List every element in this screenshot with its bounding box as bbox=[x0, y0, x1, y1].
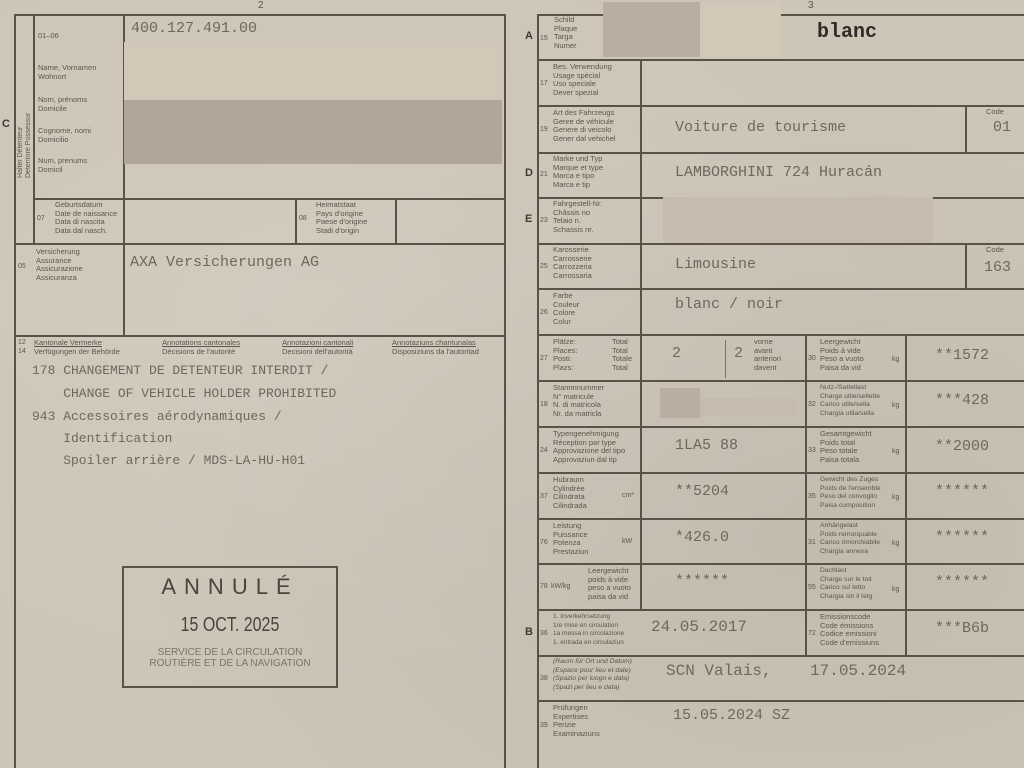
emission-code-label: Emissionscode Code émissions Codice emis… bbox=[820, 613, 879, 647]
divider bbox=[537, 518, 1024, 520]
divider bbox=[537, 288, 1024, 290]
place-date-value: SCN Valais, 17.05.2024 bbox=[666, 662, 906, 680]
annotation-line: 178 CHANGEMENT DE DETENTEUR INTERDIT / bbox=[32, 363, 328, 378]
annotation-number: 14 bbox=[18, 348, 26, 355]
inspections-field-number: 39 bbox=[540, 722, 548, 729]
field-07-number: 07 bbox=[37, 215, 45, 222]
train-weight-label: Gewicht des Zuges Poids de l'ensemble Pe… bbox=[820, 476, 881, 510]
divider bbox=[905, 334, 907, 656]
divider bbox=[537, 243, 1024, 245]
seats-total-value: 2 bbox=[672, 345, 681, 362]
total-weight-label: Gesamtgewicht Poids total Peso totale Pa… bbox=[820, 430, 872, 464]
empty-weight-label: Leergewicht Poids à vide Peso a vuoto Pa… bbox=[820, 338, 864, 372]
page-number-left: 2 bbox=[258, 0, 264, 11]
payload-label: Nutz-/Sattellast Charge utile/sellette C… bbox=[820, 384, 880, 418]
type-approval-label: Typengenehmigung Réception par type Appr… bbox=[553, 430, 625, 464]
seats-front-value: 2 bbox=[734, 345, 743, 362]
holder-label-it: Cognome, nomi Domicilio bbox=[38, 127, 91, 144]
vehicle-type-code: 01 bbox=[993, 119, 1011, 136]
roof-load-value: ****** bbox=[935, 574, 989, 591]
vehicle-type-code-label: Code bbox=[986, 108, 1004, 117]
emission-code-field-number: 72 bbox=[808, 630, 816, 637]
plate-field-number: 15 bbox=[540, 35, 548, 42]
redacted-plate-number bbox=[700, 2, 781, 57]
first-registration-field-number: 36 bbox=[540, 630, 548, 637]
annotation-subheader-rm: Disposiziuns da l'autoritad bbox=[392, 348, 479, 357]
displacement-unit: cm³ bbox=[622, 492, 634, 499]
cancelled-stamp: ANNULÉ 15 OCT. 2025 SERVICE DE LA CIRCUL… bbox=[122, 566, 338, 688]
divider bbox=[14, 335, 506, 337]
holder-vertical-label: Halter Détenteur bbox=[17, 127, 24, 178]
redacted-chassis-number bbox=[663, 197, 933, 243]
plate-label: Schild Plaque Targa Numer bbox=[554, 16, 577, 50]
annotation-line: 943 Accessoires aérodynamiques / bbox=[32, 409, 282, 424]
redacted-matricule bbox=[700, 398, 797, 416]
annotation-subheader-it: Decisioni dell'autorità bbox=[282, 348, 353, 357]
stamp-line1: SERVICE DE LA CIRCULATION bbox=[124, 647, 336, 658]
seats-label: Plätze: Places: Posti: Plazs: bbox=[553, 338, 578, 372]
train-weight-value: ****** bbox=[935, 483, 989, 500]
origin-label: Heimatstaat Pays d'origine Paese d'origi… bbox=[316, 201, 367, 235]
payload-field-number: 32 bbox=[808, 401, 816, 408]
place-date-label: (Raum für Ort und Datum) (Espace pour li… bbox=[553, 658, 632, 692]
seats-front-label: vorne avant anteriori davent bbox=[754, 338, 781, 372]
body-code-label: Code bbox=[986, 246, 1004, 255]
make-field-number: 21 bbox=[540, 171, 548, 178]
body-label: Karosserie Carrosserie Carrozzeria Carro… bbox=[553, 246, 592, 280]
divider bbox=[781, 14, 1024, 16]
chassis-field-number: 23 bbox=[540, 217, 548, 224]
stamp-title: ANNULÉ bbox=[124, 574, 336, 600]
divider bbox=[537, 426, 1024, 428]
section-letter-e: E bbox=[525, 213, 532, 225]
color-label: Farbe Couleur Colore Colur bbox=[553, 292, 579, 326]
divider bbox=[965, 243, 967, 289]
vehicle-type-field-number: 19 bbox=[540, 126, 548, 133]
divider bbox=[725, 340, 726, 378]
field-01-06-number: 01–06 bbox=[38, 32, 59, 41]
seats-field-number: 27 bbox=[540, 355, 548, 362]
divider bbox=[537, 655, 1024, 657]
first-registration-value: 24.05.2017 bbox=[651, 618, 747, 636]
payload-unit: kg bbox=[892, 402, 899, 409]
total-weight-value: **2000 bbox=[935, 438, 989, 455]
redacted-holder-address bbox=[124, 100, 502, 164]
divider bbox=[537, 105, 1024, 107]
annotation-line: CHANGE OF VEHICLE HOLDER PROHIBITED bbox=[32, 386, 336, 401]
power-field-number: 76 bbox=[540, 539, 548, 546]
roof-load-unit: kg bbox=[892, 586, 899, 593]
empty-weight-unit: kg bbox=[892, 356, 899, 363]
empty-weight-field-number: 30 bbox=[808, 355, 816, 362]
divider bbox=[537, 334, 1024, 336]
color-field-number: 26 bbox=[540, 309, 548, 316]
power-ratio-value: ****** bbox=[675, 573, 729, 590]
field-08-number: 08 bbox=[299, 215, 307, 222]
total-weight-unit: kg bbox=[892, 448, 899, 455]
power-ratio-unit: kW/kg bbox=[551, 583, 570, 590]
total-weight-field-number: 33 bbox=[808, 447, 816, 454]
train-weight-unit: kg bbox=[892, 494, 899, 501]
divider bbox=[14, 243, 506, 245]
power-unit: kW bbox=[622, 538, 632, 545]
seats-total-label: Total Total Totale Total bbox=[612, 338, 632, 372]
roof-load-field-number: 55 bbox=[808, 584, 816, 591]
divider bbox=[537, 59, 1024, 61]
page-number-right: 3 bbox=[808, 0, 814, 11]
power-ratio-field-number: 78 bbox=[540, 583, 548, 590]
plate-color-value: blanc bbox=[817, 21, 877, 44]
type-approval-field-number: 24 bbox=[540, 447, 548, 454]
place-date-field-number: 38 bbox=[540, 675, 548, 682]
type-approval-value: 1LA5 88 bbox=[675, 437, 738, 454]
stamp-date: 15 OCT. 2025 bbox=[145, 614, 315, 637]
birthdate-label: Geburtsdatum Date de naissance Data di n… bbox=[55, 201, 117, 235]
body-code: 163 bbox=[984, 259, 1011, 276]
divider bbox=[537, 563, 1024, 565]
insurance-value: AXA Versicherungen AG bbox=[130, 254, 319, 271]
empty-weight-value: **1572 bbox=[935, 347, 989, 364]
matricule-field-number: 18 bbox=[540, 401, 548, 408]
divider bbox=[33, 14, 35, 244]
field-05-number: 05 bbox=[18, 263, 26, 270]
power-ratio-label: Leergewicht poids à vide peso a vuoto pa… bbox=[588, 567, 631, 601]
divider bbox=[395, 198, 397, 244]
divider bbox=[537, 472, 1024, 474]
body-value: Limousine bbox=[675, 256, 756, 273]
divider bbox=[537, 700, 1024, 702]
divider bbox=[965, 105, 967, 153]
divider bbox=[33, 198, 506, 200]
section-letter-a: A bbox=[525, 30, 533, 42]
divider bbox=[537, 152, 1024, 154]
divider bbox=[537, 380, 1024, 382]
divider bbox=[537, 609, 1024, 611]
body-field-number: 25 bbox=[540, 263, 548, 270]
divider bbox=[504, 14, 506, 768]
displacement-label: Hubraum Cylindrée Cilindrata Cilindrada bbox=[553, 476, 587, 510]
insurance-label: Versicherung Assurance Assicurazione Ass… bbox=[36, 248, 83, 282]
section-letter-c: C bbox=[2, 118, 10, 130]
divider bbox=[805, 334, 807, 656]
payload-value: ***428 bbox=[935, 392, 989, 409]
emission-code-value: ***B6b bbox=[935, 620, 989, 637]
section-letter-d: D bbox=[525, 167, 533, 179]
chassis-label: Fahrgestell-Nr. Châssis no Telaio n. Sch… bbox=[553, 200, 602, 234]
trailer-load-unit: kg bbox=[892, 540, 899, 547]
displacement-value: **5204 bbox=[675, 483, 729, 500]
trailer-load-field-number: 31 bbox=[808, 539, 816, 546]
holder-label-de: Name, Vornamen Wohnort bbox=[38, 64, 96, 81]
vehicle-registration-document: 2 3 C Halter Détenteur Detentore Possess… bbox=[0, 0, 1024, 768]
roof-load-label: Dachlast Charge sur le toit Carico sul t… bbox=[820, 567, 873, 601]
vehicle-type-value: Voiture de tourisme bbox=[675, 119, 846, 136]
redacted-matricule bbox=[660, 388, 700, 418]
holder-label-fr: Nom, prénoms Domicile bbox=[38, 96, 87, 113]
holder-number-value: 400.127.491.00 bbox=[131, 20, 257, 37]
power-value: *426.0 bbox=[675, 529, 729, 546]
make-label: Marke und Typ Marque et type Marca e tip… bbox=[553, 155, 603, 189]
inspections-value: 15.05.2024 SZ bbox=[673, 707, 790, 724]
make-model-value: LAMBORGHINI 724 Huracán bbox=[675, 164, 882, 181]
trailer-load-label: Anhängelast Poids remorquable Carico rim… bbox=[820, 522, 880, 556]
train-weight-field-number: 35 bbox=[808, 493, 816, 500]
power-label: Leistung Puissance Potenza Prestaziun bbox=[553, 522, 588, 556]
matricule-label: Stammnummer N° matricule N. di matricola… bbox=[553, 384, 604, 418]
annotation-number: 12 bbox=[18, 339, 26, 346]
trailer-load-value: ****** bbox=[935, 529, 989, 546]
stamp-line2: ROUTIÈRE ET DE LA NAVIGATION bbox=[124, 658, 336, 669]
redacted-plate-number bbox=[603, 2, 700, 57]
displacement-field-number: 37 bbox=[540, 493, 548, 500]
holder-vertical-label: Detentore Possessur bbox=[25, 113, 32, 178]
annotation-subheader-de: Verfügungen der Behörde bbox=[34, 348, 120, 357]
color-value: blanc / noir bbox=[675, 296, 783, 313]
annotation-line: Spoiler arrière / MDS-LA-HU-H01 bbox=[32, 453, 305, 468]
vehicle-type-label: Art des Fahrzeugs Genre de véhicule Gene… bbox=[553, 109, 616, 143]
annotation-subheader-fr: Décisions de l'autorité bbox=[162, 348, 235, 357]
holder-label-rm: Num, prenums Domicil bbox=[38, 157, 87, 174]
redacted-holder-name bbox=[124, 42, 502, 100]
inspections-label: Prüfungen Expertises Perizie Examinaziun… bbox=[553, 704, 600, 738]
first-registration-label: 1. Inverkehrsetzung 1re mise en circulat… bbox=[553, 613, 624, 647]
special-use-label: Bes. Verwendung Usage spécial Uso specia… bbox=[553, 63, 612, 97]
section-letter-b: B bbox=[525, 626, 533, 638]
divider bbox=[14, 14, 506, 16]
special-use-field-number: 17 bbox=[540, 80, 548, 87]
annotation-line: Identification bbox=[32, 431, 172, 446]
divider bbox=[295, 198, 297, 244]
divider bbox=[14, 14, 16, 768]
